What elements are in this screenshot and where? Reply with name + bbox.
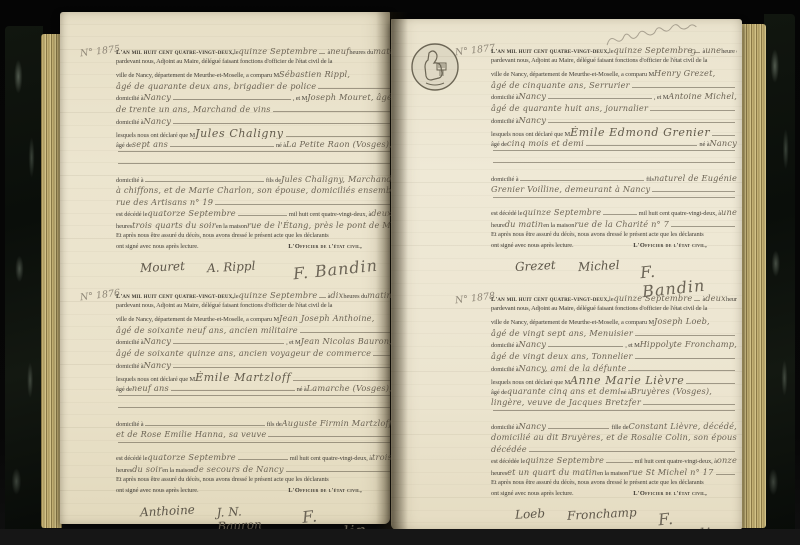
printed-text: pardevant nous, Adjoint au Maire, délégu… — [116, 302, 332, 309]
handwritten-text: Jean Joseph Anthoine, — [279, 313, 374, 323]
handwritten-text: Nancy — [518, 91, 546, 101]
handwritten-text: âgé de cinquante ans, Serrurier — [491, 80, 630, 90]
form-line: pardevant nous, Adjoint au Maire, délégu… — [491, 57, 737, 69]
handwritten-text: matin — [367, 290, 392, 300]
handwritten-text: de secours de Nancy — [193, 464, 283, 474]
printed-text: ville de Nancy, département de Meurthe-e… — [491, 71, 654, 78]
handwritten-text: cinq mois et demi — [507, 138, 584, 148]
form-line: est décédée le quinze Septembremil huit … — [491, 455, 737, 467]
handwritten-text: décédée — [491, 444, 527, 454]
printed-text: domicilié à — [491, 94, 518, 101]
printed-text: domicilié à — [116, 421, 143, 428]
handwritten-text: deux — [705, 293, 726, 303]
handwritten-text: sept ans — [132, 139, 168, 149]
officer-label: L'Officier de l'état civil, — [633, 242, 737, 249]
printed-text: heures du — [726, 296, 737, 303]
handwritten-text: quatorze Septembre — [147, 452, 236, 462]
form-line: est décédé le quatorze Septembremil huit… — [116, 208, 392, 220]
handwritten-text: une — [721, 207, 737, 217]
signature-row: MouretA. RipplF. Bandin — [116, 260, 392, 286]
fill-line — [586, 144, 697, 146]
handwritten-text: lingère, veuve de Jacques Bretzfer — [491, 397, 641, 407]
printed-text: né à — [297, 386, 307, 393]
handwritten-text: Nancy — [143, 360, 171, 370]
printed-text: heures du — [349, 49, 373, 56]
printed-text: fille de — [611, 424, 628, 431]
fill-line — [319, 52, 325, 54]
handwritten-text: quinze Septembre — [238, 46, 317, 56]
form-line: lesquels nous ont déclaré que M Émile Ed… — [491, 126, 737, 138]
printed-text: en la maison — [216, 223, 247, 230]
form-line: lingère, veuve de Jacques Bretzfer — [491, 397, 737, 409]
form-line: ont signé avec nous après lecture.L'Offi… — [116, 487, 392, 499]
fill-line — [716, 473, 735, 475]
handwritten-text: rue de l'Étang, près le pont de Malzévil… — [247, 220, 392, 230]
printed-text: pardevant nous, Adjoint au Maire, délégu… — [116, 58, 332, 65]
fill-line — [145, 180, 263, 182]
witness-signature: A. Rippl — [207, 258, 256, 275]
printed-text: mil huit cent quatre-vingt-deux, à — [290, 455, 372, 462]
handwritten-text: onze — [717, 455, 737, 465]
form-line: domicilié à Nancy, et M Jean Nicolas Bau… — [116, 336, 392, 348]
form-line — [491, 149, 737, 161]
form-line: pardevant nous, Adjoint au Maire, délégu… — [116, 302, 392, 314]
printed-text: âgé de — [116, 142, 132, 149]
form-line: décédée — [491, 444, 737, 456]
printed-text: L'an mil huit cent quatre-vingt-deux, — [116, 293, 234, 300]
fill-line — [671, 225, 735, 227]
handwritten-text: neuf — [330, 46, 349, 56]
handwritten-text: trois — [372, 452, 392, 462]
officer-signature: F. Bandin — [292, 255, 379, 283]
printed-text: pardevant nous, Adjoint au Maire, délégu… — [491, 57, 707, 64]
handwritten-text: âgé de soixante quinze ans, ancien voyag… — [116, 348, 371, 358]
fill-line — [493, 161, 735, 163]
fill-line — [318, 87, 390, 89]
handwritten-text: Nancy — [709, 138, 737, 148]
printed-text: L'an mil huit cent quatre-vingt-deux, — [491, 296, 609, 303]
handwritten-name: Émile Martzloff — [195, 371, 291, 383]
form-line: heures du soir en la maison de secours d… — [116, 464, 392, 476]
printed-text: domicilié à — [491, 342, 518, 349]
fill-line — [606, 461, 632, 463]
printed-text: domicilié à — [491, 366, 518, 373]
printed-text: est décédée le — [491, 458, 525, 465]
form-line: domicilié à Nancy, et M Antoine Michel, — [491, 91, 737, 103]
handwritten-text: une — [705, 45, 721, 55]
printed-text: domicilié à — [491, 118, 518, 125]
handwritten-text: Auguste Firmin Martzloff — [282, 418, 392, 428]
fill-line — [173, 98, 291, 100]
printed-text: ont signé avec nous après lecture. — [491, 490, 574, 497]
form-line: à chiffons, et de Marie Charlon, son épo… — [116, 185, 392, 197]
handwritten-text: âgé de vingt deux ans, Tonnelier — [491, 351, 633, 361]
witness-signature: Anthoine — [140, 502, 196, 519]
handwritten-text: rue des Artisans n° 19 — [116, 197, 213, 207]
handwritten-text: Nancy — [518, 339, 546, 349]
register-page-left: N° 1875 L'an mil huit cent quatre-vingt-… — [60, 12, 390, 524]
printed-text: Et après nous être assuré du décès, nous… — [491, 479, 704, 486]
handwritten-text: et de Rose Emilie Hanna, sa veuve — [116, 429, 266, 439]
form-line: domicilié à Nancyfille de Constant Lièvr… — [491, 421, 737, 433]
form-line: âgé de quarante cinq ans et demi né à Br… — [491, 386, 737, 398]
scan-background — [0, 529, 800, 545]
printed-text: ville de Nancy, département de Meurthe-e… — [116, 316, 279, 323]
printed-text: domicilié à — [116, 339, 143, 346]
printed-text: en la maison — [162, 467, 193, 474]
handwritten-text: Antoine Michel, — [668, 91, 737, 101]
form-line: ont signé avec nous après lecture.L'Offi… — [491, 490, 737, 502]
handwritten-text: Constant Lièvre, décédé, — [628, 421, 737, 431]
handwritten-text: Nancy — [518, 115, 546, 125]
fill-line — [118, 162, 390, 164]
printed-text: heures — [116, 223, 132, 230]
witness-signature: Fronchamp — [567, 505, 637, 523]
form-line: de trente un ans, Marchand de vins — [116, 104, 392, 116]
form-line: ont signé avec nous après lecture.L'Offi… — [116, 243, 392, 255]
form-line: domicilié à Nancy — [116, 116, 392, 128]
printed-text: heures du — [343, 293, 367, 300]
handwritten-name: Jules Chaligny — [195, 127, 284, 139]
fill-line — [173, 342, 284, 344]
printed-text: mil huit cent quatre-vingt-deux, à — [635, 458, 717, 465]
printed-text: domicilié à — [491, 424, 518, 431]
form-line: âgé de quarante huit ans, journalier — [491, 103, 737, 115]
register-page-right: 9 N° 1877 L'an mil huit cent quatre-ving… — [391, 19, 742, 530]
printed-text: lesquels nous ont déclaré que M — [116, 132, 195, 139]
handwritten-text: Grenier Voilline, demeurant à Nancy — [491, 184, 650, 194]
form-line: âgé de cinquante ans, Serrurier — [491, 80, 737, 92]
signature-row: GrezetMichelF. Bandin — [491, 259, 737, 285]
printed-text: est décédé le — [116, 211, 147, 218]
fill-line — [286, 470, 390, 472]
handwritten-text: trois quarts du soir — [132, 220, 216, 230]
form-line: heure du matin en la maison rue de la Ch… — [491, 219, 737, 231]
printed-text: mil huit cent quatre-vingt-deux, à — [639, 210, 721, 217]
death-record-1875: N° 1875 L'an mil huit cent quatre-vingt-… — [116, 46, 392, 286]
fill-line — [300, 331, 390, 333]
handwritten-text: Henry Grezet, — [654, 68, 715, 78]
handwritten-text: à chiffons, et de Marie Charlon, son épo… — [116, 185, 392, 195]
fill-line — [293, 379, 390, 381]
form-line: lesquels nous ont déclaré que M Émile Ma… — [116, 371, 392, 383]
printed-text: domicilié à — [116, 177, 143, 184]
form-line: pardevant nous, Adjoint au Maire, délégu… — [116, 58, 392, 70]
form-line: lesquels nous ont déclaré que M Jules Ch… — [116, 127, 392, 139]
printed-text: , et M — [293, 95, 308, 102]
handwritten-text: Nancy — [143, 92, 171, 102]
fill-line — [118, 406, 390, 408]
page-edges-right — [741, 24, 766, 528]
fill-line — [238, 458, 288, 460]
fill-line — [548, 121, 735, 123]
handwritten-text: quatorze Septembre — [147, 208, 236, 218]
witness-signature: Grezet — [515, 258, 556, 274]
printed-text: , et M — [654, 94, 669, 101]
handwritten-text: Bruyères (Vosges), — [631, 386, 712, 396]
witness-signature: Michel — [577, 258, 619, 274]
printed-text: lesquels nous ont déclaré que M — [116, 376, 195, 383]
officer-label: L'Officier de l'état civil, — [288, 487, 392, 494]
printed-text: âgé de — [116, 386, 132, 393]
fill-line — [173, 366, 390, 368]
fill-line — [493, 149, 735, 151]
printed-text: heure du — [721, 48, 737, 55]
printed-text: âgé de — [491, 389, 507, 396]
form-line: Et après nous être assuré du décès, nous… — [491, 479, 737, 491]
printed-text: ont signé avec nous après lecture. — [116, 487, 199, 494]
printed-text: domicilié à — [491, 176, 518, 183]
form-line: âgé de neuf ansné à Lamarche (Vosges), — [116, 383, 392, 395]
printed-text: Et après nous être assuré du décès, nous… — [491, 231, 704, 238]
fill-line — [493, 409, 735, 411]
printed-text: ont signé avec nous après lecture. — [116, 243, 199, 250]
handwritten-text: âgé de soixante neuf ans, ancien militai… — [116, 325, 298, 335]
handwritten-text: Joseph Loeb, — [654, 316, 710, 326]
fill-line — [694, 51, 700, 53]
record-number: N° 1878 — [454, 291, 495, 307]
form-line — [491, 161, 737, 173]
printed-text: né à — [621, 389, 631, 396]
handwritten-name: Émile Edmond Grenier — [570, 126, 710, 138]
form-line: lesquels nous ont déclaré que M Anne Mar… — [491, 374, 737, 386]
handwritten-text: Nancy — [143, 336, 171, 346]
form-line — [491, 196, 737, 208]
form-line: domicilié au dit Bruyères, et de Rosalie… — [491, 432, 737, 444]
book-cover-left — [5, 26, 43, 532]
handwritten-text: naturel de Eugénie — [654, 173, 737, 183]
printed-text: heures — [116, 467, 132, 474]
handwritten-text: Nancy, ami de la défunte — [518, 363, 626, 373]
form-line: âgé de soixante neuf ans, ancien militai… — [116, 325, 392, 337]
handwritten-text: quinze Septembre — [613, 45, 692, 55]
fill-line — [652, 190, 735, 192]
form-line: Et après nous être assuré du décès, nous… — [116, 476, 392, 488]
fill-line — [286, 135, 390, 137]
form-line: est décédé le quatorze Septembremil huit… — [116, 452, 392, 464]
handwritten-text: du soir — [132, 464, 162, 474]
form-line: Et après nous être assuré du décès, nous… — [491, 231, 737, 243]
form-line: domicilié à Nancy — [491, 115, 737, 127]
handwritten-text: dix — [330, 290, 343, 300]
fill-line — [173, 122, 390, 124]
handwritten-text: deux — [371, 208, 392, 218]
form-line: L'an mil huit cent quatre-vingt-deux, le… — [491, 293, 737, 305]
fill-line — [268, 435, 390, 437]
fill-line — [628, 369, 735, 371]
handwritten-text: Nancy — [143, 116, 171, 126]
handwritten-text: quinze Septembre — [525, 455, 604, 465]
printed-text: est décédé le — [491, 210, 522, 217]
handwritten-text: âgé de quarante deux ans, brigadier de p… — [116, 81, 316, 91]
death-record-1878: N° 1878 L'an mil huit cent quatre-vingt-… — [491, 293, 737, 533]
printed-text: heures — [491, 470, 507, 477]
fill-line — [520, 179, 644, 181]
record-number: N° 1875 — [79, 44, 120, 60]
fill-line — [319, 296, 325, 298]
fill-line — [643, 403, 735, 405]
record-body: L'an mil huit cent quatre-vingt-deux, le… — [491, 293, 737, 502]
handwritten-text: rue de la Charité n° 7 — [574, 219, 669, 229]
printed-text: est décédé le — [116, 455, 147, 462]
printed-text: ont signé avec nous après lecture. — [491, 242, 574, 249]
fill-line — [529, 450, 735, 452]
form-line: ville de Nancy, département de Meurthe-e… — [491, 316, 737, 328]
printed-text: pardevant nous, Adjoint au Maire, délégu… — [491, 305, 707, 312]
form-line: âgé de vingt deux ans, Tonnelier — [491, 351, 737, 363]
form-line: domicilié à fils de Auguste Firmin Martz… — [116, 418, 392, 430]
handwritten-text: matin — [373, 46, 392, 56]
fill-line — [215, 203, 390, 205]
fill-line — [632, 86, 735, 88]
fill-line — [170, 145, 274, 147]
form-line: domicilié à Nancy, et M Hippolyte Fronch… — [491, 339, 737, 351]
form-line: domicilié à fils de Jules Chaligny, Marc… — [116, 174, 392, 186]
fill-line — [686, 382, 735, 384]
form-line: Et après nous être assuré du décès, nous… — [116, 232, 392, 244]
form-line: âgé de soixante quinze ans, ancien voyag… — [116, 348, 392, 360]
form-line: ont signé avec nous après lecture.L'Offi… — [491, 242, 737, 254]
fill-line — [650, 109, 735, 111]
fill-line — [493, 196, 735, 198]
printed-text: ville de Nancy, département de Meurthe-e… — [491, 319, 654, 326]
form-line: domicilié à fils naturel de Eugénie — [491, 173, 737, 185]
fill-line — [373, 354, 390, 356]
handwritten-text: âgé de vingt sept ans, Menuisier — [491, 328, 633, 338]
handwritten-text: Jean Nicolas Bauron, — [301, 336, 392, 346]
form-line — [116, 406, 392, 418]
printed-text: fils — [646, 176, 654, 183]
printed-text: domicilié à — [116, 95, 143, 102]
death-record-1876: N° 1876 L'an mil huit cent quatre-vingt-… — [116, 290, 392, 530]
printed-text: , et M — [625, 342, 640, 349]
printed-text: en la maison — [597, 470, 628, 477]
handwritten-name: Anne Marie Lièvre — [570, 374, 684, 386]
fill-line — [145, 424, 264, 426]
printed-text: heure — [491, 222, 505, 229]
printed-text: domicilié à — [116, 363, 143, 370]
record-number: N° 1876 — [79, 288, 120, 304]
form-line: rue des Artisans n° 19 — [116, 197, 392, 209]
fill-line — [635, 334, 735, 336]
form-line: L'an mil huit cent quatre-vingt-deux, le… — [116, 290, 392, 302]
fill-line — [635, 357, 735, 359]
form-line: âgé de sept ansné à La Petite Raon (Vosg… — [116, 139, 392, 151]
fill-line — [171, 389, 295, 391]
death-record-1877: N° 1877 L'an mil huit cent quatre-vingt-… — [491, 45, 737, 285]
printed-text: mil huit cent quatre-vingt-deux, à — [289, 211, 371, 218]
form-line: domicilié à Nancy — [116, 360, 392, 372]
signature-row: AnthoineJ. N. BauronF. Bandin — [116, 504, 392, 530]
handwritten-text: rue St Michel n° 17 — [628, 467, 713, 477]
form-line — [116, 150, 392, 162]
form-line — [116, 394, 392, 406]
printed-text: lesquels nous ont déclaré que M — [491, 379, 570, 386]
officer-label: L'Officier de l'état civil, — [288, 243, 392, 250]
fill-line — [118, 441, 390, 443]
printed-text: Et après nous être assuré du décès, nous… — [116, 476, 329, 483]
handwritten-text: quarante cinq ans et demi — [507, 386, 621, 396]
form-line: âgé de cinq mois et deminé à Nancy — [491, 138, 737, 150]
handwritten-text: La Petite Raon (Vosges), — [286, 139, 392, 149]
printed-text: né à — [276, 142, 286, 149]
form-line: heures et un quart du matin en la maison… — [491, 467, 737, 479]
handwritten-text: Joseph Mouret, âgé — [307, 92, 392, 102]
form-line — [116, 441, 392, 453]
record-body: L'an mil huit cent quatre-vingt-deux, le… — [116, 290, 392, 499]
form-line — [116, 162, 392, 174]
handwritten-text: quinze Septembre — [522, 207, 601, 217]
printed-text: âgé de — [491, 141, 507, 148]
form-line: L'an mil huit cent quatre-vingt-deux, le… — [491, 45, 737, 57]
fill-line — [273, 110, 390, 112]
fill-line — [548, 427, 609, 429]
printed-text: lesquels nous ont déclaré que M — [491, 131, 570, 138]
form-line: est décédé le quinze Septembremil huit c… — [491, 207, 737, 219]
form-line: et de Rose Emilie Hanna, sa veuve — [116, 429, 392, 441]
officer-label: L'Officier de l'état civil, — [633, 490, 737, 497]
printed-text: L'an mil huit cent quatre-vingt-deux, — [116, 49, 234, 56]
fill-line — [712, 134, 735, 136]
printed-text: né à — [699, 141, 709, 148]
form-line: âgé de vingt sept ans, Menuisier — [491, 328, 737, 340]
register-book-scan: N° 1875 L'an mil huit cent quatre-vingt-… — [0, 0, 800, 545]
printed-text: Et après nous être assuré du décès, nous… — [116, 232, 329, 239]
handwritten-text: du matin — [505, 219, 544, 229]
form-line: ville de Nancy, département de Meurthe-e… — [116, 69, 392, 81]
form-line — [491, 409, 737, 421]
handwritten-text: et un quart du matin — [507, 467, 597, 477]
form-line: pardevant nous, Adjoint au Maire, délégu… — [491, 305, 737, 317]
printed-text: domicilié à — [116, 119, 143, 126]
printed-text: en la maison — [543, 222, 574, 229]
fill-line — [118, 150, 390, 152]
record-body: L'an mil huit cent quatre-vingt-deux, le… — [491, 45, 737, 254]
handwritten-text: quinze Septembre — [238, 290, 317, 300]
form-line: ville de Nancy, département de Meurthe-e… — [491, 68, 737, 80]
fill-line — [603, 213, 636, 215]
handwritten-text: Sébastien Rippl, — [279, 69, 350, 79]
handwritten-text: âgé de quarante huit ans, journalier — [491, 103, 648, 113]
form-line: Grenier Voilline, demeurant à Nancy — [491, 184, 737, 196]
form-line: ville de Nancy, département de Meurthe-e… — [116, 313, 392, 325]
fill-line — [548, 345, 623, 347]
printed-text: fils de — [267, 421, 282, 428]
form-line: âgé de quarante deux ans, brigadier de p… — [116, 81, 392, 93]
printed-text: fils de — [266, 177, 281, 184]
handwritten-text: neuf ans — [132, 383, 169, 393]
fill-line — [118, 394, 390, 396]
witness-signature: Loeb — [515, 506, 546, 522]
form-line: L'an mil huit cent quatre-vingt-deux, le… — [116, 46, 392, 58]
record-body: L'an mil huit cent quatre-vingt-deux, le… — [116, 46, 392, 255]
printed-text: L'an mil huit cent quatre-vingt-deux, — [491, 48, 609, 55]
handwritten-text: quinze Septembre — [613, 293, 692, 303]
handwritten-text: Lamarche (Vosges), — [307, 383, 392, 393]
handwritten-text: domicilié au dit Bruyères, et de Rosalie… — [491, 432, 737, 442]
handwritten-text: Nancy — [518, 421, 546, 431]
page-edges-left — [41, 34, 62, 528]
printed-text: ville de Nancy, département de Meurthe-e… — [116, 72, 279, 79]
fill-line — [694, 299, 700, 301]
handwritten-text: Jules Chaligny, Marchand — [281, 174, 392, 184]
form-line: domicilié à Nancy, ami de la défunte — [491, 363, 737, 375]
witness-signature: Mouret — [140, 259, 186, 275]
printed-text: , et M — [286, 339, 301, 346]
fill-line — [548, 97, 652, 99]
form-line: domicilié à Nancy, et M Joseph Mouret, â… — [116, 92, 392, 104]
embossed-seal-icon — [409, 39, 461, 95]
